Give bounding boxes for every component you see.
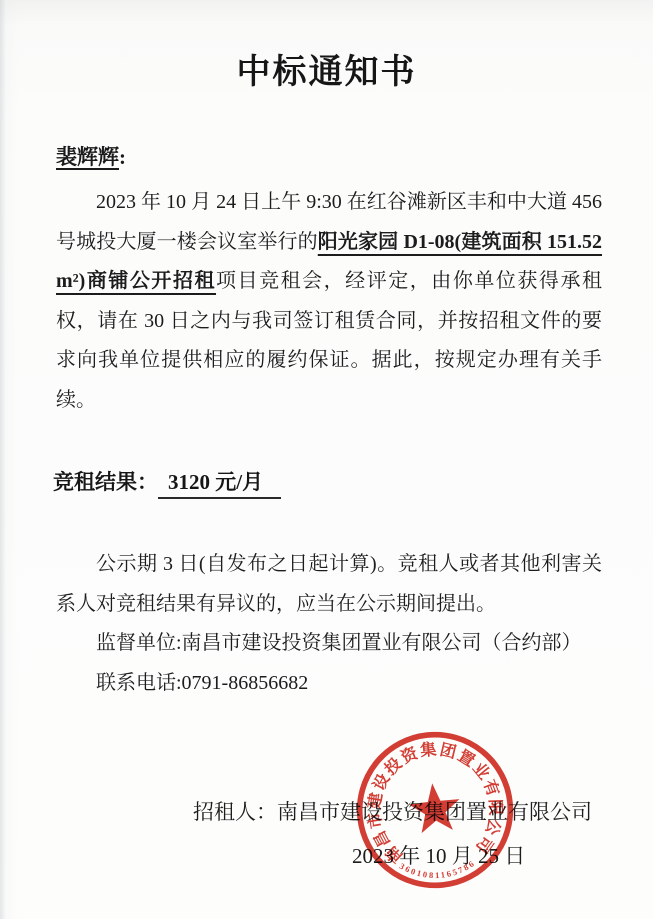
phone-line: 联系电话:0791-86856682 [56,664,602,704]
award-paragraph: 2023 年 10 月 24 日上午 9:30 在红谷滩新区丰和中大道 456 … [56,183,602,420]
bid-result-value: 3120 元/月 [158,470,281,499]
bid-result-line: 竞租结果：3120 元/月 [53,466,281,496]
recipient-line: 裴辉辉: [56,141,126,171]
seal-star-icon [407,781,463,834]
bid-result-label: 竞租结果： [53,470,158,494]
scanned-document-page: 中标通知书 裴辉辉: 2023 年 10 月 24 日上午 9:30 在红谷滩新… [0,0,653,919]
public-notice-block: 公示期 3 日(自发布之日起计算)。竞租人或者其他利害关系人对竞租结果有异议的，… [56,545,602,703]
document-title: 中标通知书 [0,44,653,93]
supervisor-line: 监督单位:南昌市建设投资集团置业有限公司（合约部） [56,624,602,664]
recipient-name: 裴辉辉 [56,145,119,169]
official-seal-stamp: 南昌市建设投资集团置业有限公司 3601081165786 [346,721,524,899]
public-notice-paragraph: 公示期 3 日(自发布之日起计算)。竞租人或者其他利害关系人对竞租结果有异议的，… [56,545,602,624]
recipient-colon: : [119,145,126,169]
